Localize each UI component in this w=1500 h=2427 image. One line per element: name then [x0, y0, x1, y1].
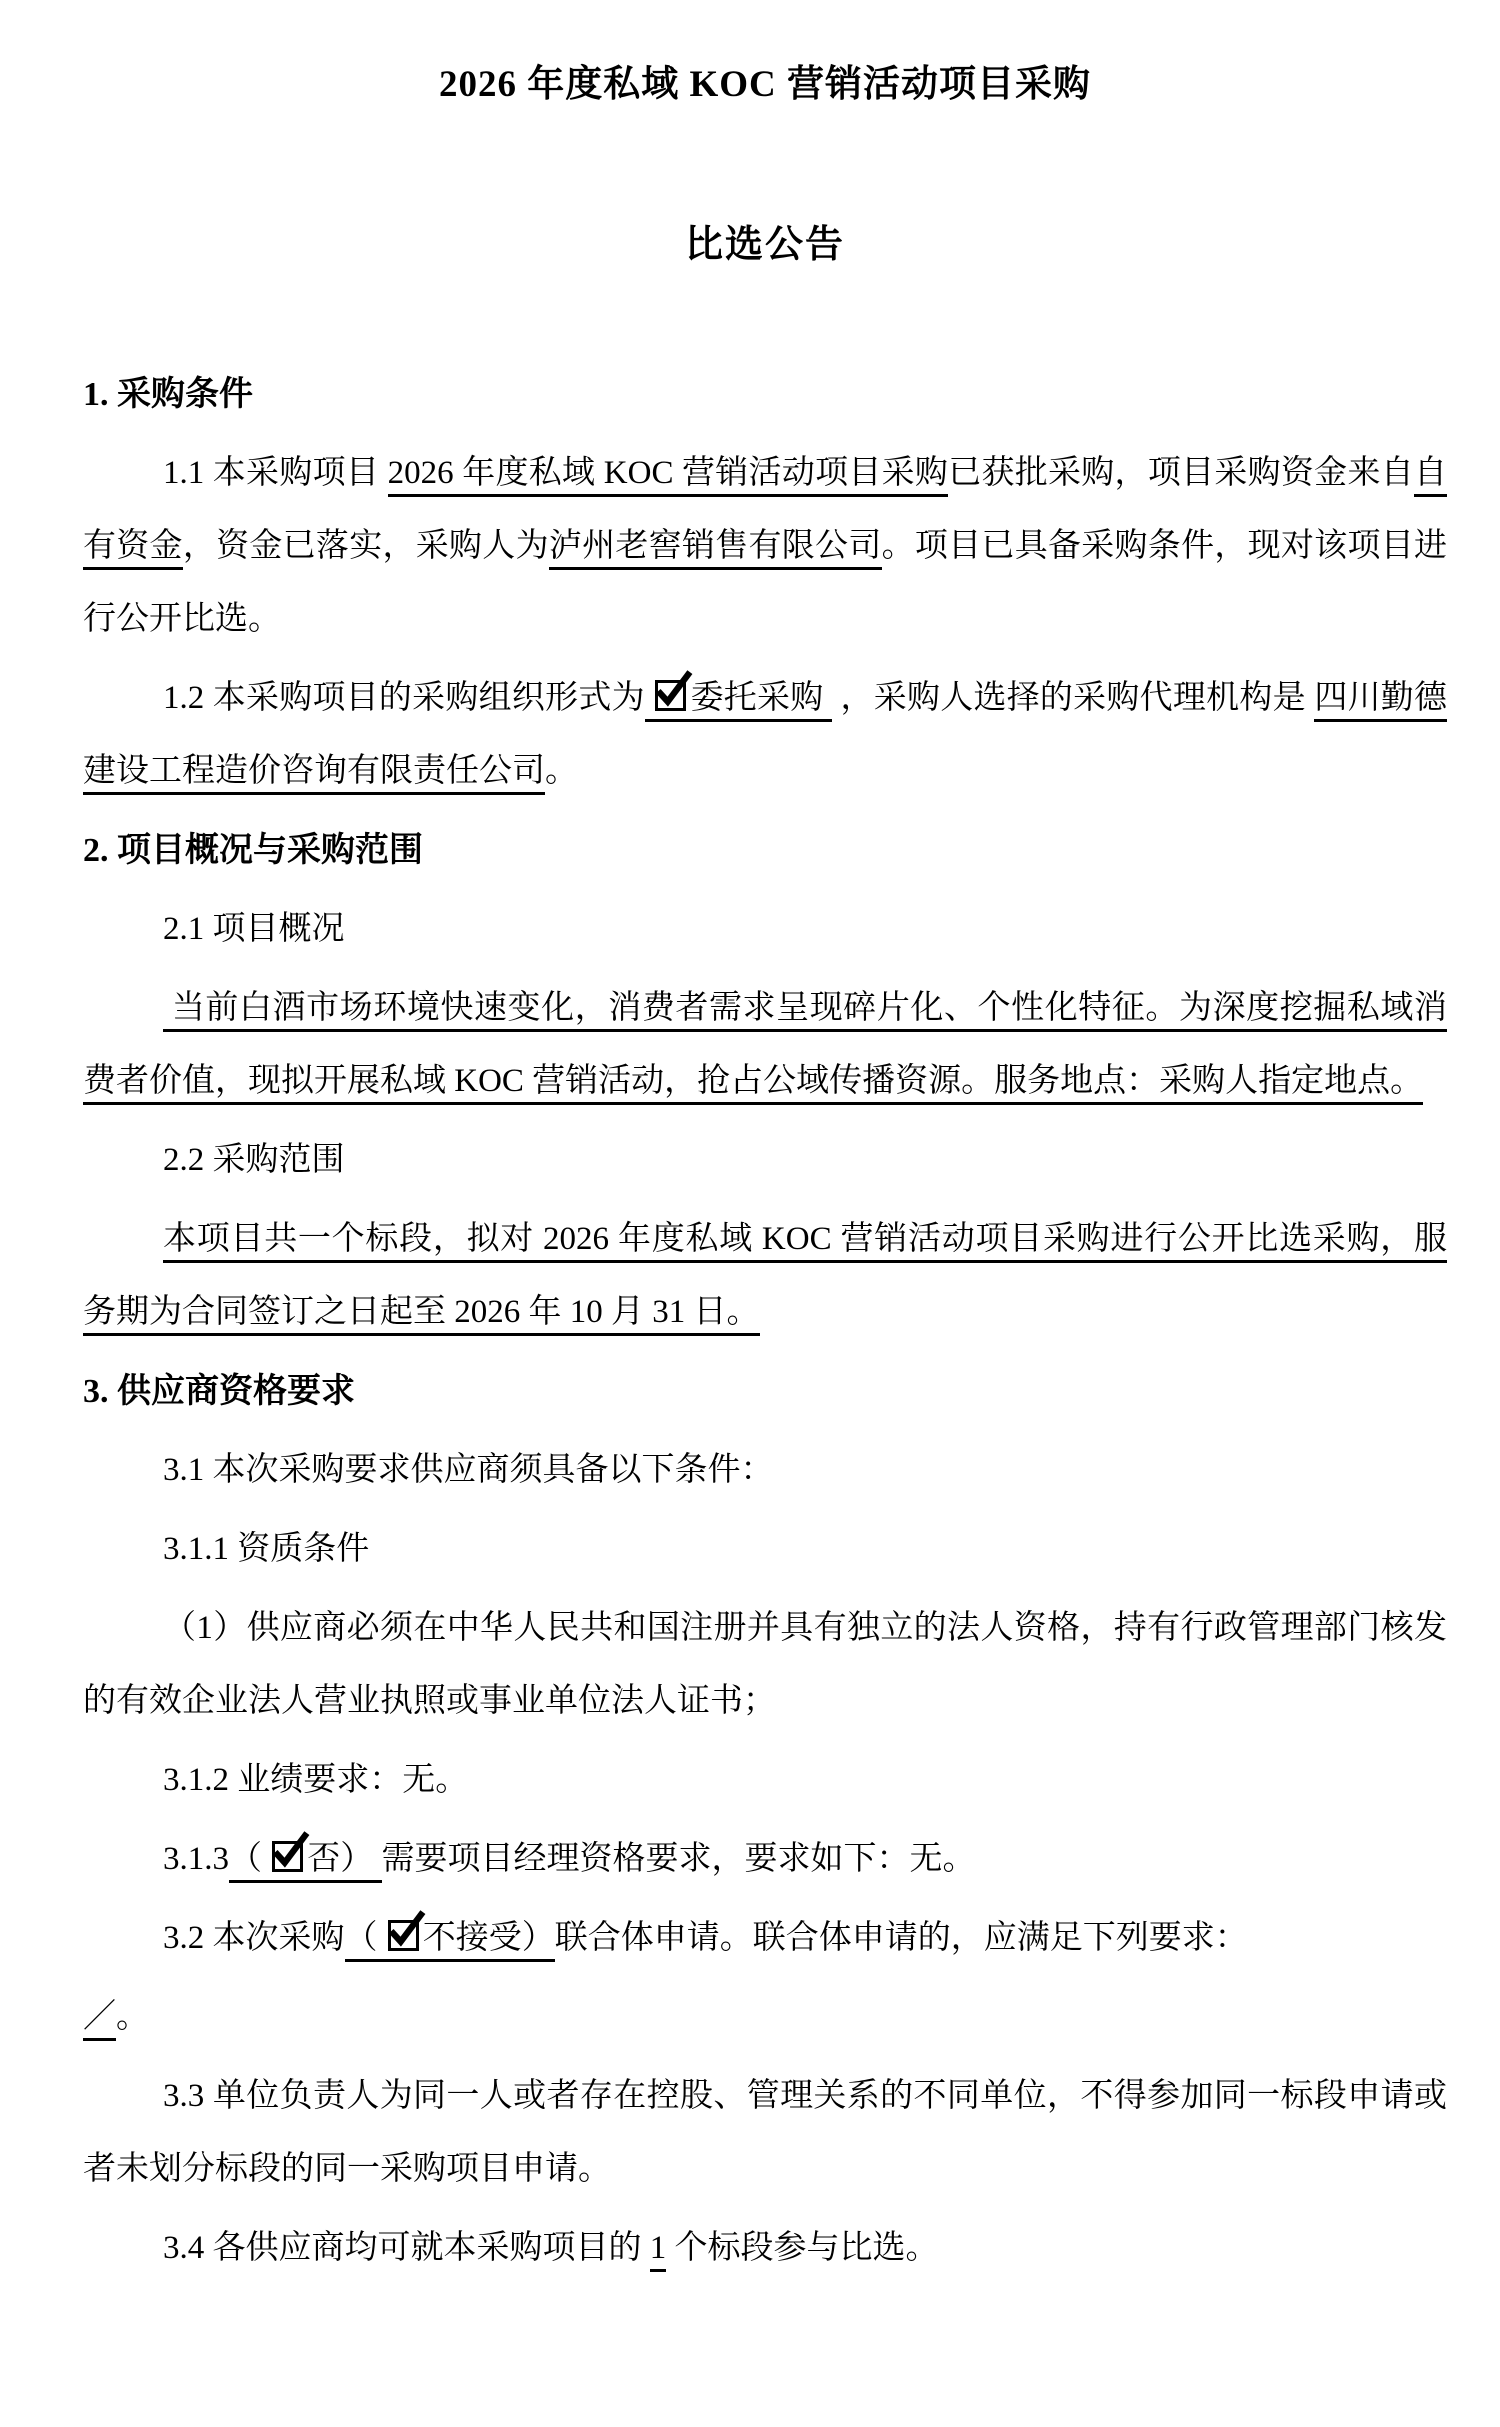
checkbox-segment: 否） [270, 1841, 381, 1883]
text-run: 个标段参与比选。 [666, 2230, 938, 2266]
text-run: 。 [545, 753, 578, 789]
text-run: 已获批采购，项目采购资金来自 [948, 455, 1414, 491]
underlined-text: 当前白酒市场环境快速变化，消费者需求呈现碎片化、个性化特征。为深度挖掘私域消费者… [83, 990, 1447, 1105]
para-2-1-body: 当前白酒市场环境快速变化，消费者需求呈现碎片化、个性化特征。为深度挖掘私域消费者… [83, 972, 1447, 1118]
checked-checkbox-icon [388, 1920, 419, 1951]
para-3-1-3: 3.1.3（ 否） 需要项目经理资格要求，要求如下：无。 [83, 1823, 1447, 1896]
text-run: 需要项目经理资格要求，要求如下：无。 [382, 1841, 976, 1877]
text-run: 联合体申请。联合体申请的，应满足下列要求： [555, 1920, 1248, 1956]
underlined-text: ／ [83, 1999, 116, 2041]
underlined-text: 泸州老窖销售有限公司 [549, 528, 882, 570]
text-run: 3.1.3 [163, 1841, 229, 1877]
text-run: 。 [116, 1999, 149, 2035]
underlined-text: 1 [650, 2230, 667, 2272]
doc-title: 2026 年度私域 KOC 营销活动项目采购 [83, 62, 1447, 108]
para-2-2-label: 2.2 采购范围 [83, 1124, 1447, 1197]
para-3-1: 3.1 本次采购要求供应商须具备以下条件： [83, 1434, 1447, 1507]
procurement-announcement-document: 2026 年度私域 KOC 营销活动项目采购 比选公告 1. 采购条件 1.1 … [0, 0, 1500, 2427]
section-2-heading: 2. 项目概况与采购范围 [83, 814, 1447, 887]
para-1-1: 1.1 本采购项目 2026 年度私域 KOC 营销活动项目采购已获批采购，项目… [83, 437, 1447, 656]
underlined-text: 本项目共一个标段，拟对 2026 年度私域 KOC 营销活动项目采购进行公开比选… [83, 1221, 1447, 1336]
para-2-1-label: 2.1 项目概况 [83, 893, 1447, 966]
para-3-2-value: ／。 [83, 1981, 1447, 2054]
para-1-2: 1.2 本采购项目的采购组织形式为 委托采购 ，采购人选择的采购代理机构是 四川… [83, 662, 1447, 808]
underlined-text: 2026 年度私域 KOC 营销活动项目采购 [388, 455, 949, 497]
underlined-text: （ [229, 1841, 270, 1883]
checkbox-segment: 委托采购 [653, 680, 832, 722]
para-3-2: 3.2 本次采购（ 不接受）联合体申请。联合体申请的，应满足下列要求： [83, 1902, 1447, 1975]
text-run: ，资金已落实，采购人为 [183, 528, 549, 564]
section-1-heading: 1. 采购条件 [83, 358, 1447, 431]
checked-checkbox-icon [272, 1841, 303, 1872]
text-run: 3.4 各供应商均可就本采购项目的 [163, 2230, 650, 2266]
para-3-4: 3.4 各供应商均可就本采购项目的 1 个标段参与比选。 [83, 2212, 1447, 2285]
underlined-text: （ [345, 1920, 386, 1962]
text-run: 3.2 本次采购 [163, 1920, 345, 1956]
para-2-2-body: 本项目共一个标段，拟对 2026 年度私域 KOC 营销活动项目采购进行公开比选… [83, 1203, 1447, 1349]
para-3-1-1: 3.1.1 资质条件 [83, 1513, 1447, 1586]
section-3-heading: 3. 供应商资格要求 [83, 1355, 1447, 1428]
text-run: 1.2 本采购项目的采购组织形式为 [163, 680, 645, 716]
text-run: 1.1 本采购项目 [163, 455, 388, 491]
checkbox-segment: 不接受） [386, 1920, 555, 1962]
checked-checkbox-icon [655, 680, 686, 711]
para-3-3: 3.3 单位负责人为同一人或者存在控股、管理关系的不同单位，不得参加同一标段申请… [83, 2060, 1447, 2206]
doc-subtitle: 比选公告 [83, 222, 1447, 268]
text-run: ，采购人选择的采购代理机构是 [832, 680, 1314, 716]
para-3-1-2: 3.1.2 业绩要求：无。 [83, 1744, 1447, 1817]
para-3-1-1-item1: （1）供应商必须在中华人民共和国注册并具有独立的法人资格，持有行政管理部门核发的… [83, 1592, 1447, 1738]
